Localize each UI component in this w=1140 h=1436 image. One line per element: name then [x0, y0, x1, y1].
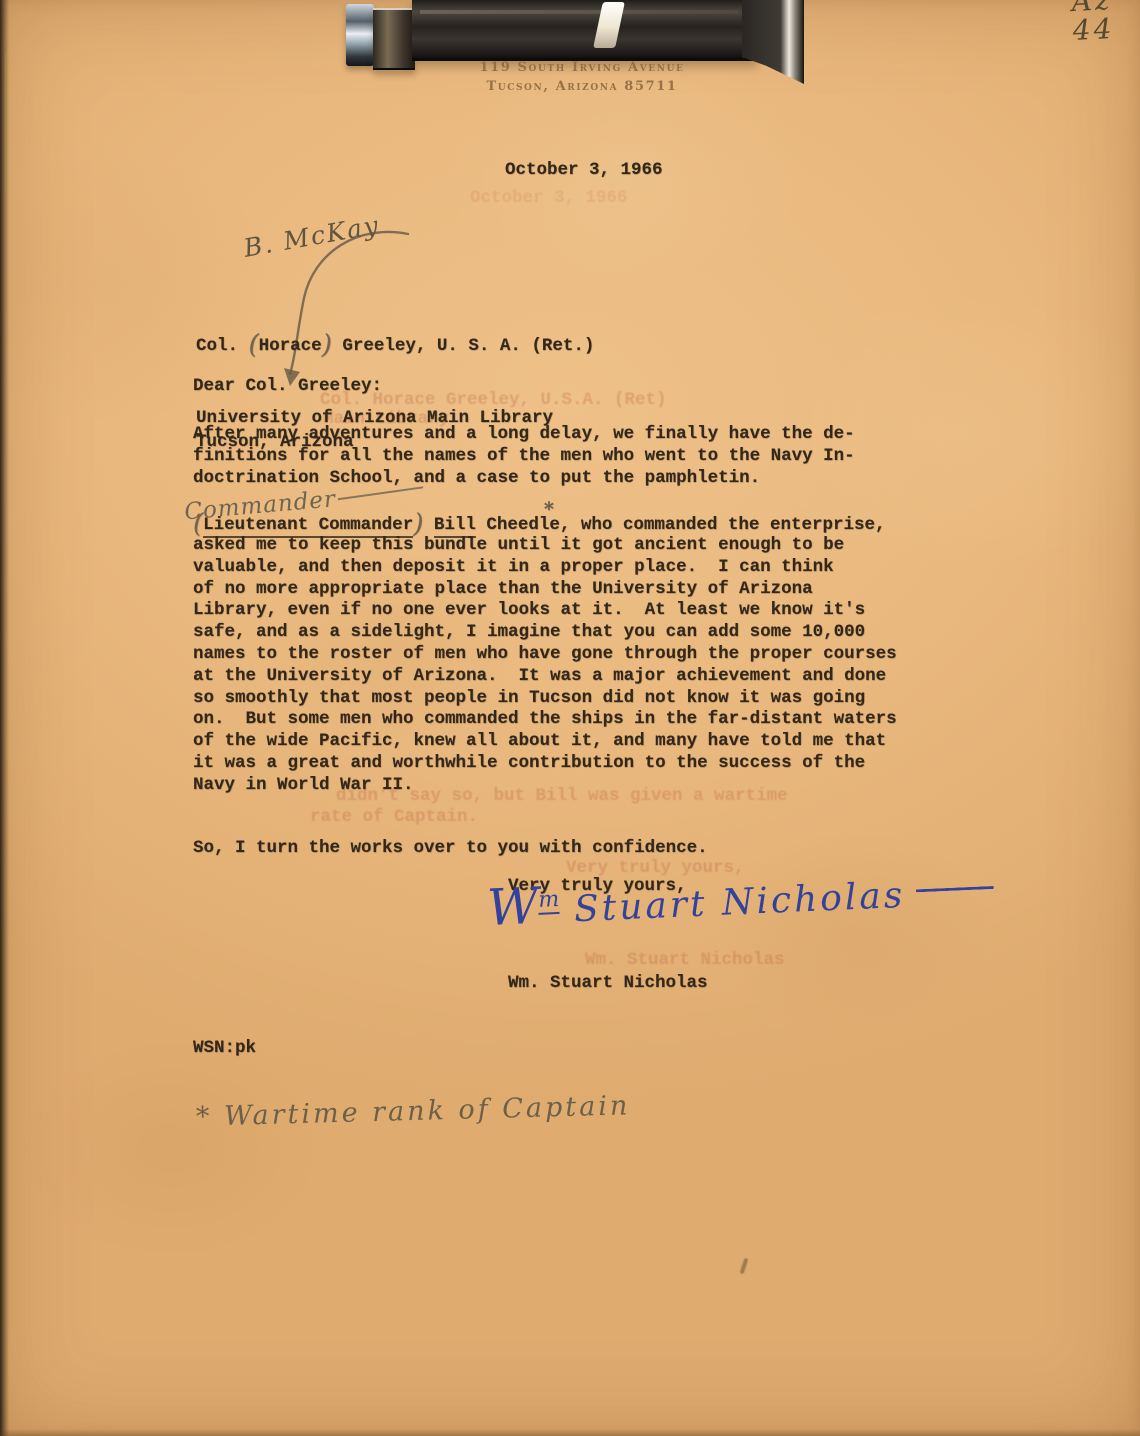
- body-paragraph-1: After many adventures and a long delay, …: [193, 424, 855, 489]
- body-paragraph-3: So, I turn the works over to you with co…: [193, 838, 708, 860]
- corner-page-number: 44: [1072, 12, 1115, 47]
- ghost-note-line2: rate of Captain.: [310, 807, 478, 829]
- pencil-smudge: [740, 1258, 749, 1274]
- body-paragraph-2-line1: (Lieutenant Commander) Bill Cheedle*, wh…: [193, 513, 885, 537]
- text-segment: [423, 515, 434, 535]
- letter-page: Az 44 119 South Irving Avenue Tucson, Ar…: [0, 0, 1140, 1436]
- ghost-date: October 3, 1966: [470, 188, 628, 210]
- salutation: Dear Col. Greeley:: [193, 376, 382, 398]
- text-segment: (: [249, 330, 259, 360]
- typist-initials: WSN:pk: [193, 1038, 256, 1060]
- paper-left-edge-line: [5, 52, 7, 192]
- handwritten-signature: Wm Stuart Nicholas: [486, 857, 995, 937]
- signature-name: Stuart Nicholas: [559, 875, 906, 931]
- signature-initial: W: [486, 877, 540, 937]
- recipient-line1: Col. (Horace) Greeley, U. S. A. (Ret.): [196, 334, 594, 358]
- typed-signature-name: Wm. Stuart Nicholas: [508, 973, 708, 995]
- clip-left-clamp-icon: [346, 4, 374, 66]
- letterhead-address-line2: Tucson, Arizona 85711: [12, 79, 1140, 94]
- ghost-typed-name: Wm. Stuart Nicholas: [585, 950, 785, 972]
- body-paragraph-2: asked me to keep this bundle until it go…: [193, 535, 897, 797]
- paper-left-edge: [0, 0, 9, 1436]
- signature-superscript: m: [538, 887, 560, 915]
- paper-bottom-edge: [0, 1429, 1140, 1436]
- letterhead-address-line1: 119 South Irving Avenue: [12, 60, 1140, 75]
- clip-bar-icon: [412, 0, 758, 61]
- corner-annotation: Az 44: [1071, 0, 1116, 47]
- text-segment: Horace: [259, 336, 322, 356]
- text-segment: , who commanded the enterprise,: [560, 515, 886, 535]
- text-segment: ): [322, 330, 332, 360]
- text-segment: Greeley, U. S. A. (Ret.): [332, 336, 595, 356]
- text-segment: Col.: [196, 336, 249, 356]
- footnote-annotation: * Wartime rank of Captain: [196, 1090, 631, 1132]
- commander-annotation-tail-icon: [338, 486, 423, 500]
- date-line: October 3, 1966: [505, 160, 663, 182]
